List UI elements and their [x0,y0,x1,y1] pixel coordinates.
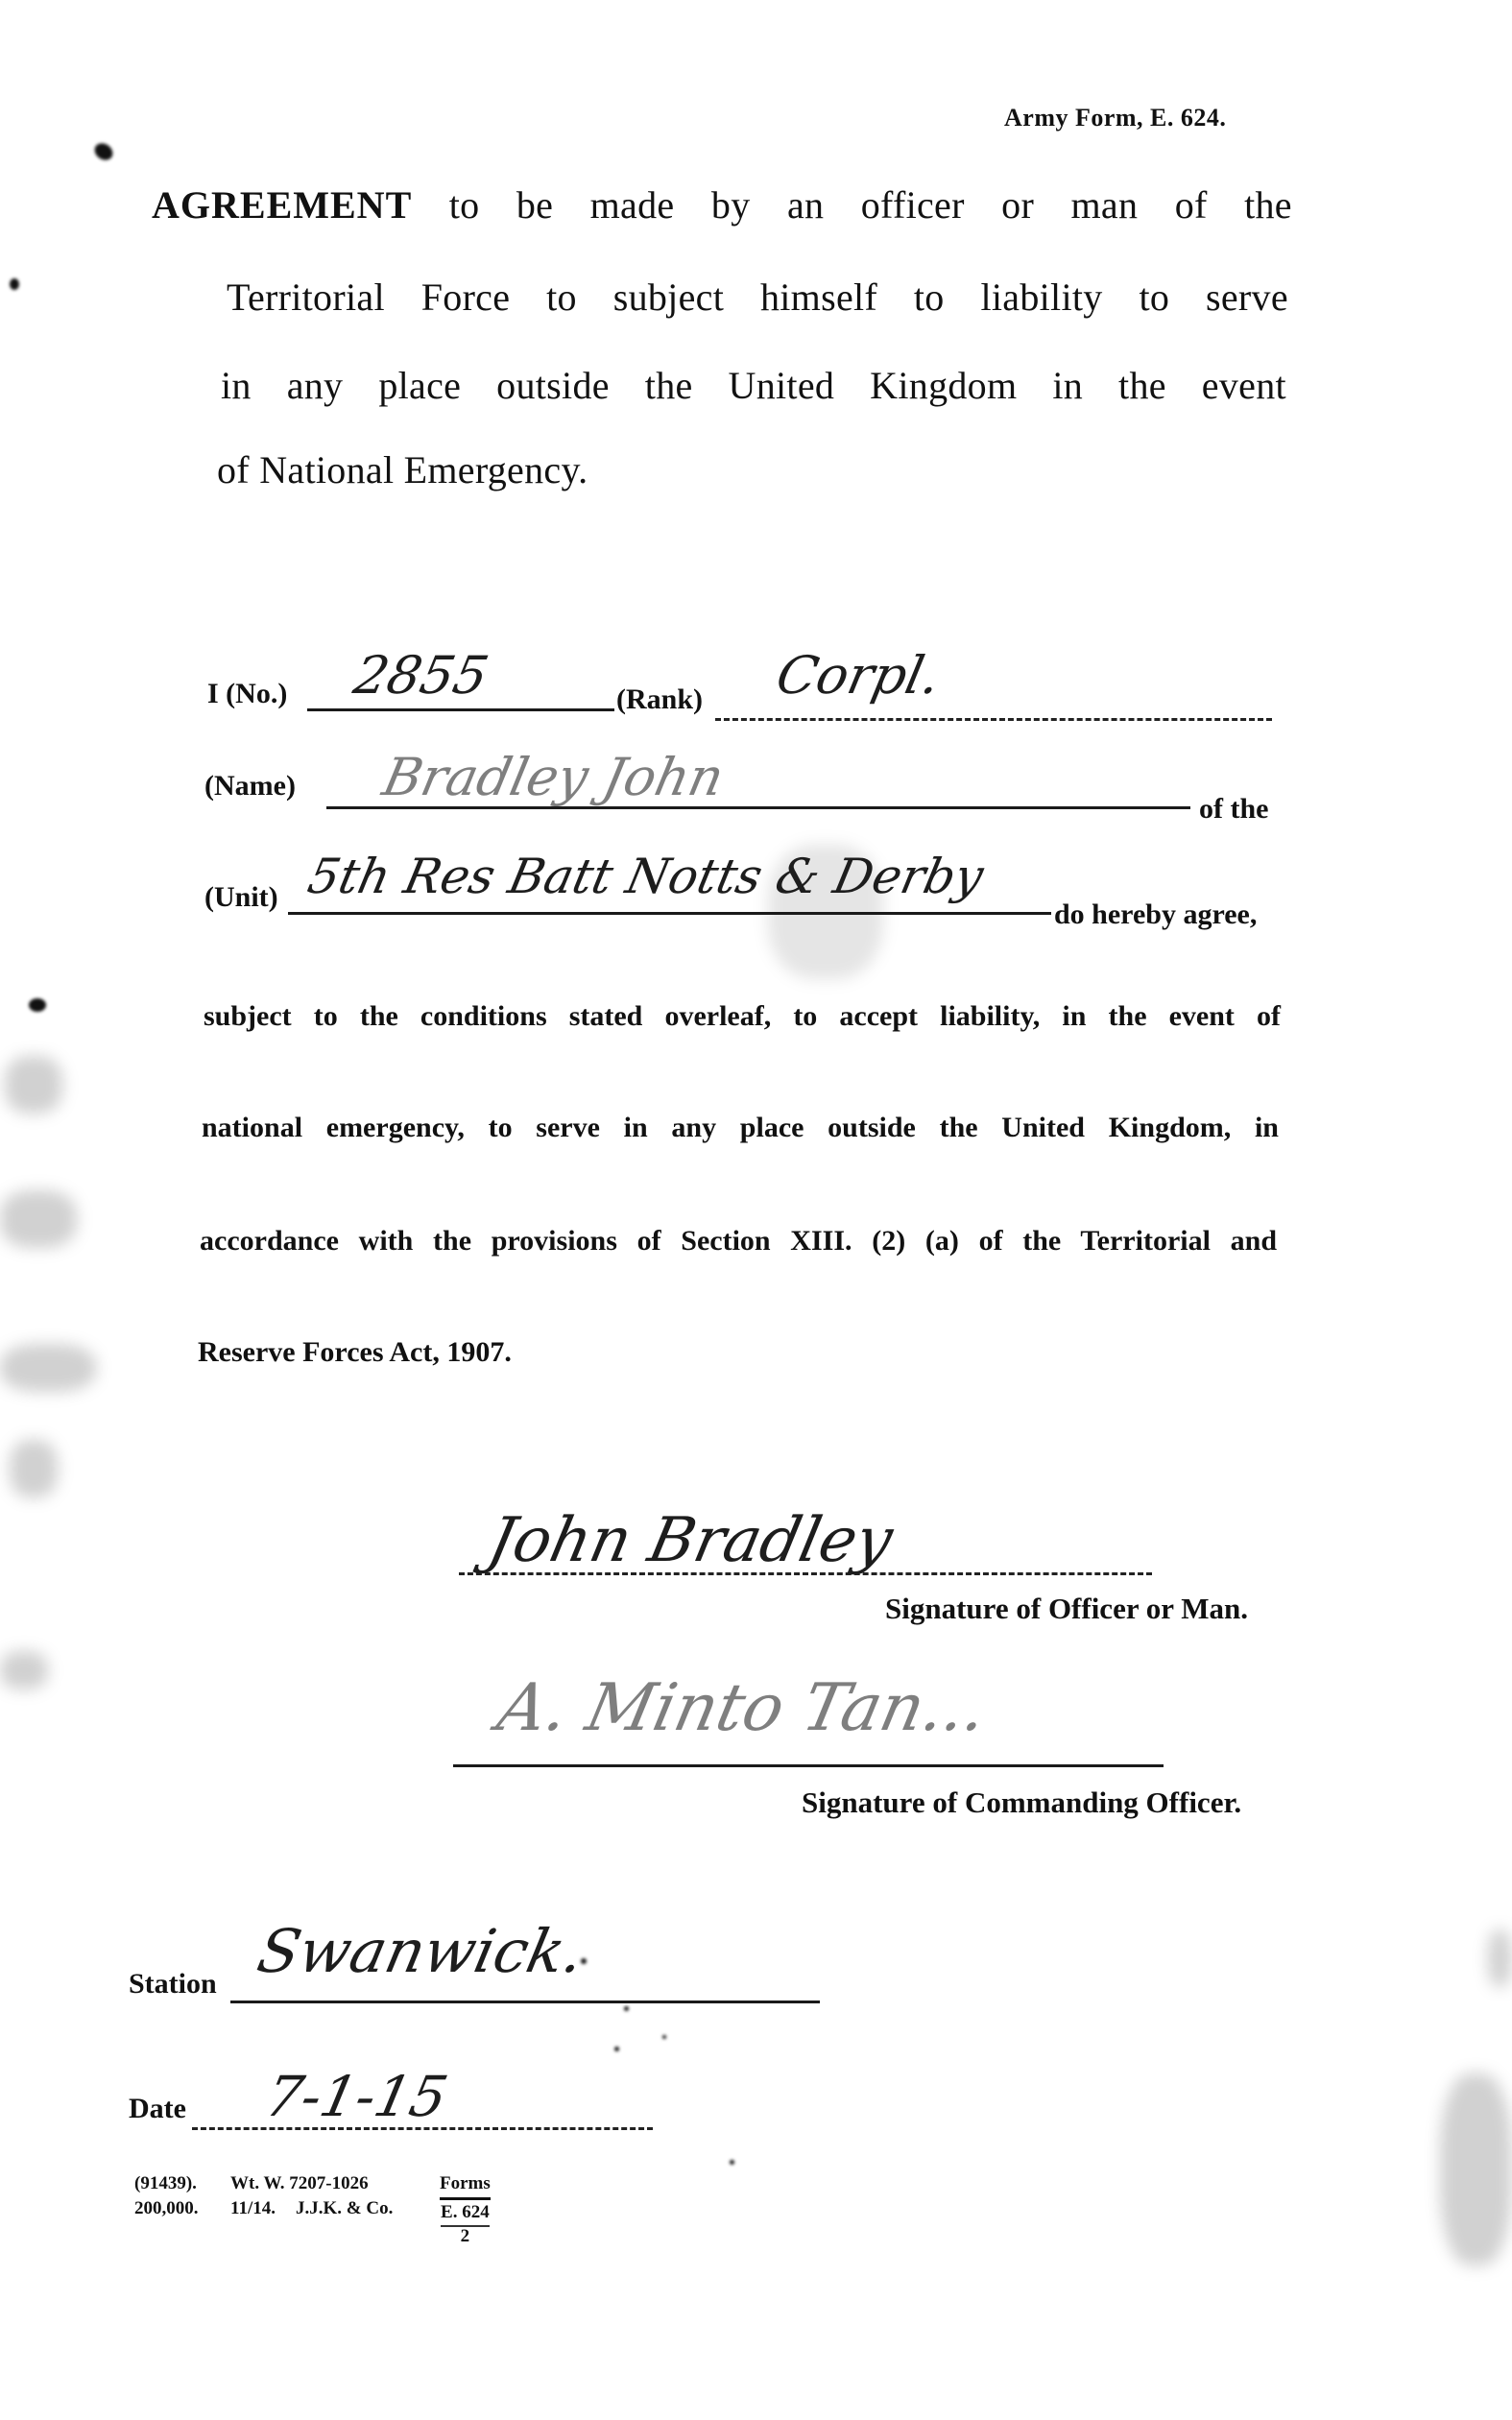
station-field-line [230,2001,820,2003]
rank-field-line [715,718,1272,721]
ink-speck [581,1958,587,1964]
unit-label: (Unit) [204,881,278,914]
co-signature-line [453,1764,1164,1767]
name-suffix: of the [1199,793,1268,826]
scan-smudge [0,1344,96,1392]
man-signature[interactable]: John Bradley [482,1505,899,1576]
title-lead-word: AGREEMENT [152,182,412,228]
rank-field[interactable]: Corpl. [771,645,946,706]
date-label: Date [129,2093,186,2125]
name-label: (Name) [204,770,296,803]
printer-imprint: (91439). Wt. W. 7207-1026 200,000. 11/14… [134,2171,432,2221]
scan-smudge [10,1440,58,1498]
number-field[interactable]: 2855 [348,645,493,706]
body-line-2: national emergency, to serve in any plac… [202,1112,1279,1144]
date-field[interactable]: 7-1-15 [260,2064,453,2129]
number-label: I (No.) [207,678,287,710]
number-field-line [307,708,614,711]
scan-smudge [5,1056,62,1114]
title-line-4: of National Emergency. [217,447,588,492]
body-line-1: subject to the conditions stated overlea… [204,1000,1281,1033]
scan-smudge [1488,1929,1512,1987]
ink-speck [730,2160,734,2165]
forms-code: Forms E. 624 2 [440,2171,491,2246]
co-signature-caption: Signature of Commanding Officer. [802,1785,1241,1820]
title-line-1: AGREEMENT to be made by an officer or ma… [152,182,1292,228]
co-signature[interactable]: A. Minto Tan... [492,1670,994,1746]
body-line-4: Reserve Forces Act, 1907. [198,1336,512,1369]
ink-blot [29,998,46,1012]
unit-field[interactable]: 5th Res Batt Notts & Derby [303,849,989,904]
ink-blot [10,278,19,290]
scan-smudge [1440,2073,1512,2265]
unit-field-line [288,912,1051,915]
title-line-2: Territorial Force to subject himself to … [227,275,1288,320]
unit-suffix: do hereby agree, [1054,899,1257,931]
station-label: Station [129,1968,217,2001]
man-signature-caption: Signature of Officer or Man. [885,1592,1248,1626]
form-number: Army Form, E. 624. [1004,104,1226,132]
rank-label: (Rank) [616,683,703,716]
title-line-3: in any place outside the United Kingdom … [221,363,1286,408]
station-field[interactable]: Swanwick. [252,1916,590,1986]
ink-speck [624,2006,629,2011]
ink-blot [91,140,116,164]
scan-smudge [0,1651,48,1689]
body-line-3: accordance with the provisions of Sectio… [200,1225,1277,1258]
scan-smudge [0,1190,77,1248]
ink-speck [662,2035,666,2039]
name-field[interactable]: Bradley John [377,747,729,807]
ink-speck [614,2047,619,2051]
